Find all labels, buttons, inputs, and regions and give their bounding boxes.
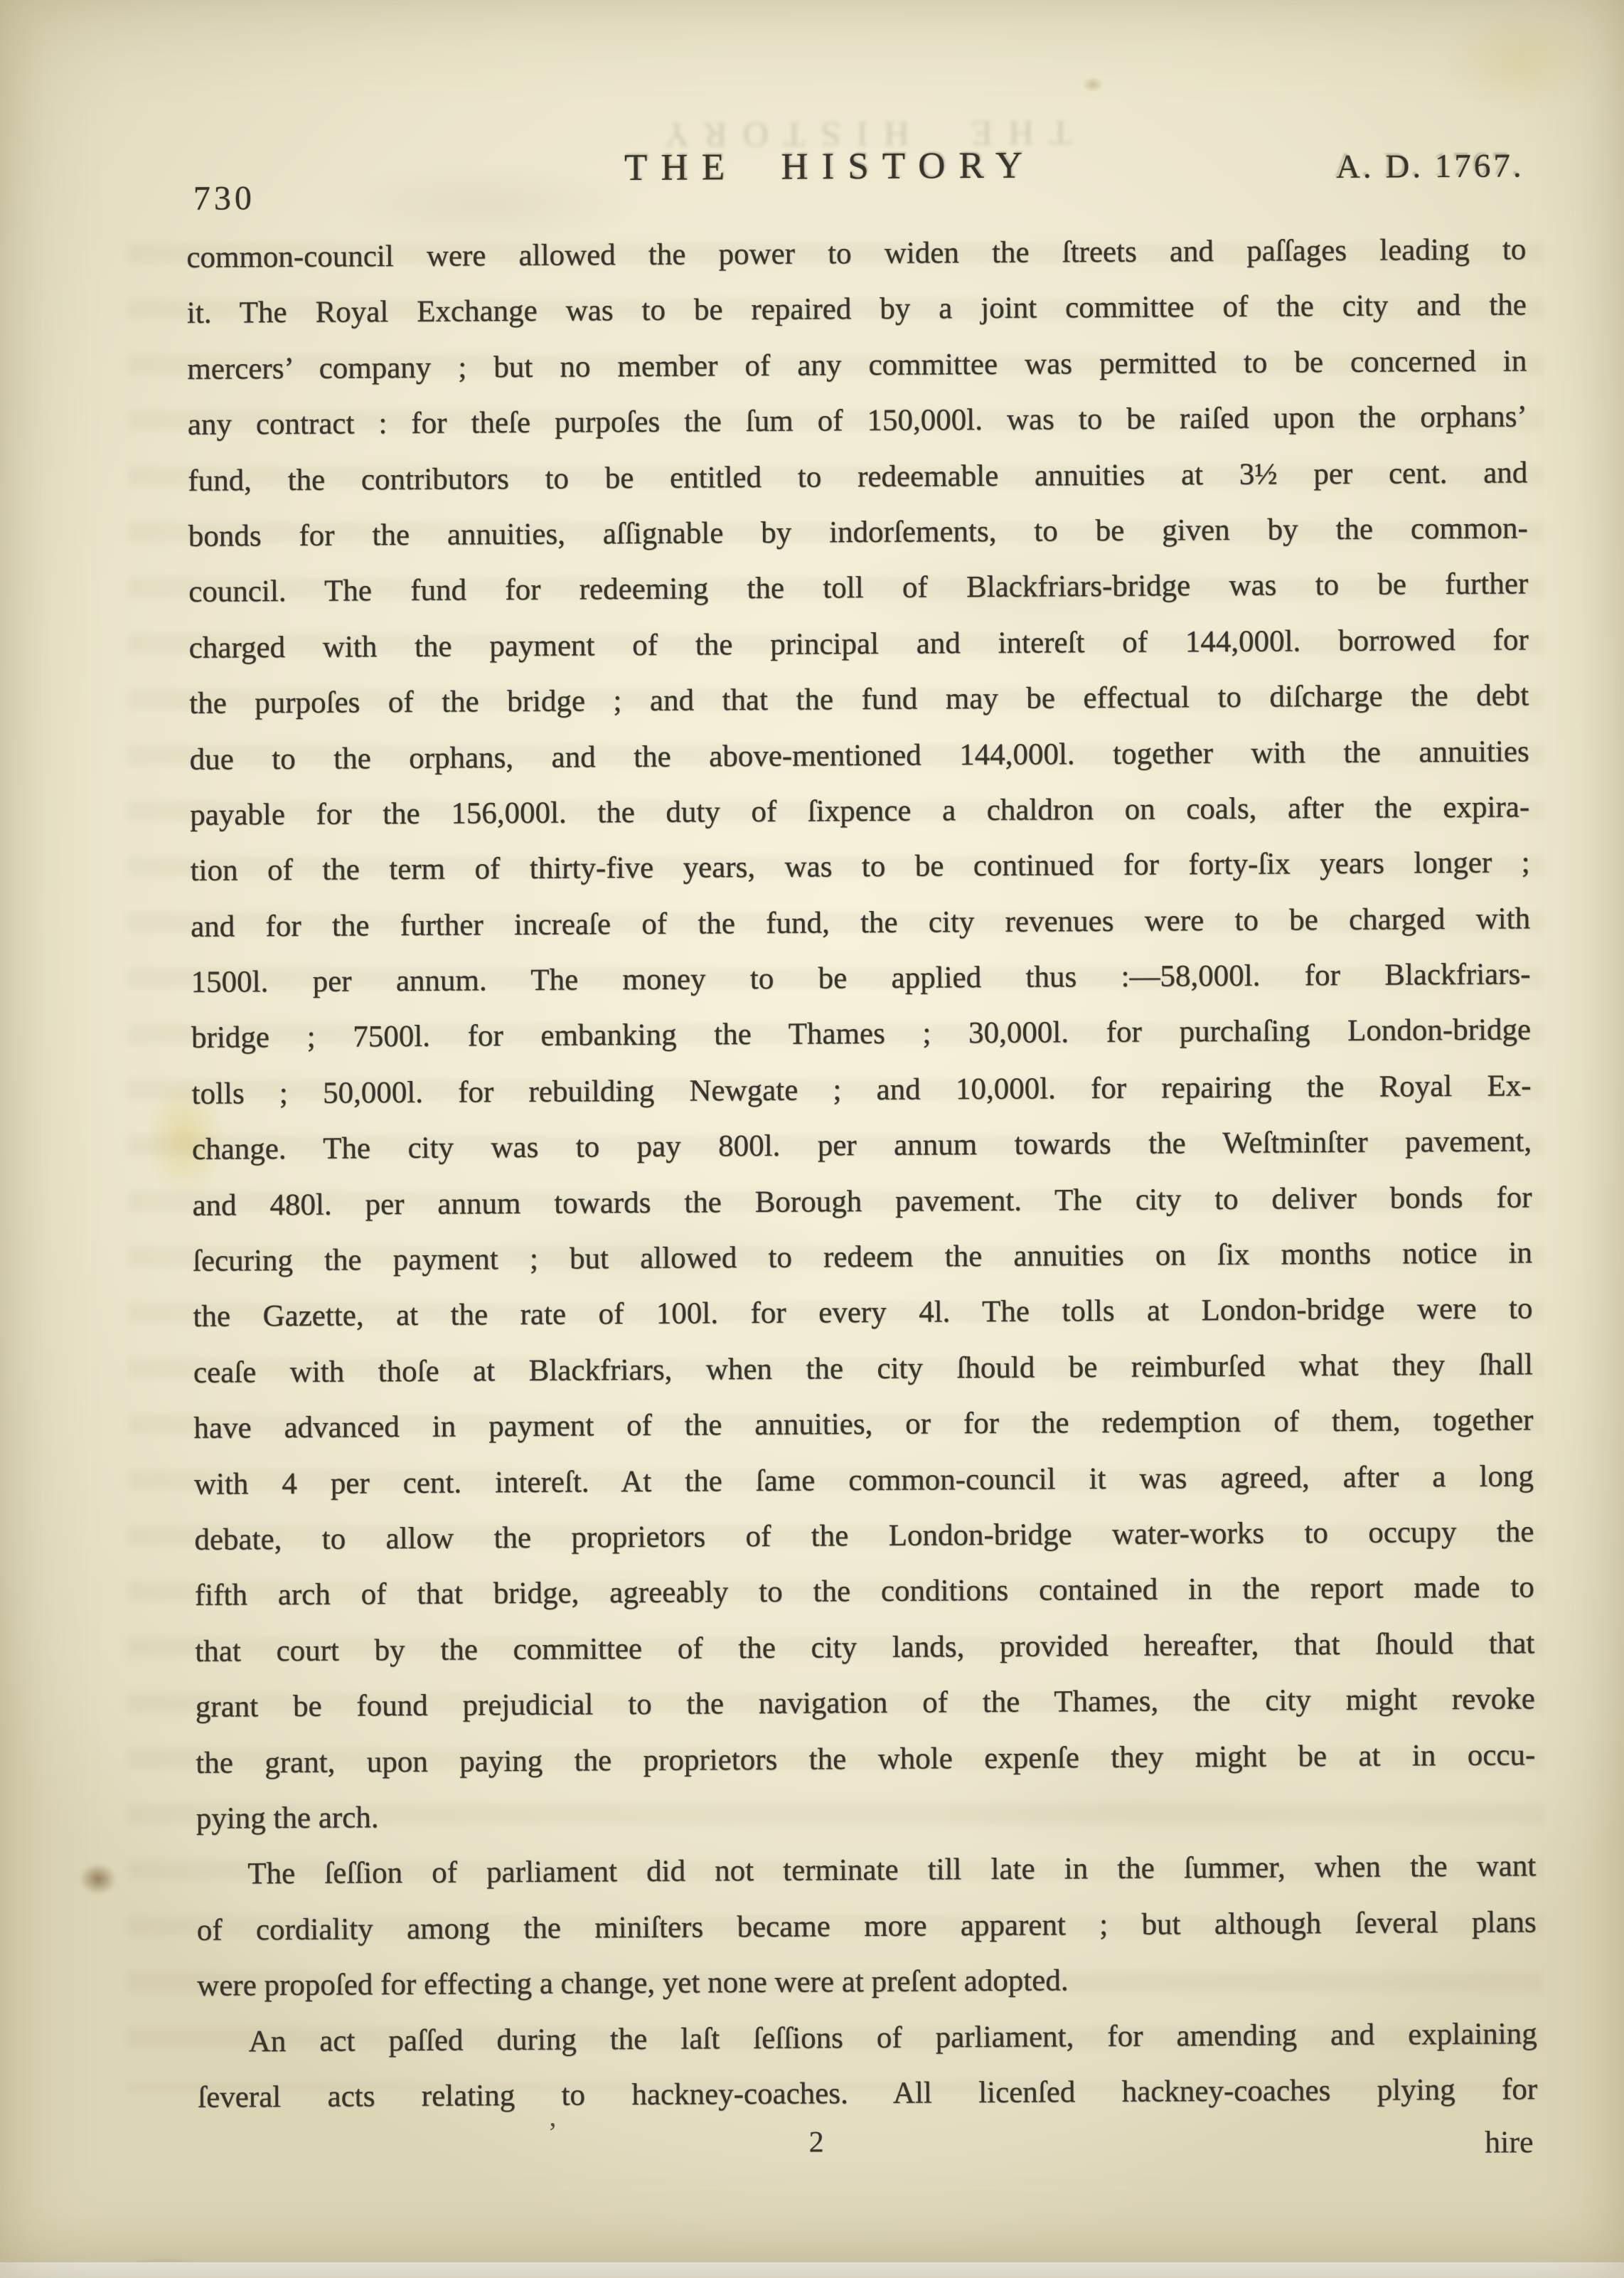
text-line: mercers’ company ; but no member of any … (187, 334, 1527, 398)
body-text: common-council were allowed the power to… (186, 222, 1537, 2126)
text-line: have advanced in payment of the annuitie… (193, 1393, 1533, 1457)
ink-blotch (80, 1863, 117, 1895)
text-line: and for the further increaſe of the fund… (191, 891, 1530, 955)
text-line: ceaſe with thoſe at Blackfriars, when th… (193, 1337, 1533, 1401)
text-line: fifth arch of that bridge, agreeably to … (195, 1560, 1534, 1624)
page-footer: ’ 2 hire (198, 2121, 1538, 2193)
scan-edge (0, 2262, 1624, 2278)
text-line: tion of the term of thirty-five years, w… (190, 836, 1529, 900)
text-line: bonds for the annuities, aſſignable by i… (188, 501, 1528, 565)
stray-mark: ’ (547, 2116, 557, 2149)
text-line: bridge ; 7500l. for embanking the Thames… (191, 1003, 1531, 1067)
text-line: charged with the payment of the principa… (188, 612, 1528, 676)
scanned-book-page: THE HISTORY 730 THE HISTORY A. D. 1767. … (0, 0, 1624, 2278)
text-line: that court by the committee of the city … (195, 1616, 1534, 1680)
text-line: debate, to allow the proprietors of the … (194, 1504, 1534, 1568)
text-line: change. The city was to pay 800l. per an… (192, 1114, 1532, 1178)
signature-mark: 2 (809, 2125, 824, 2159)
text-line: due to the orphans, and the above-mentio… (189, 724, 1529, 788)
text-line: tolls ; 50,000l. for rebuilding Newgate … (191, 1058, 1531, 1122)
text-line: payable for the 156,000l. the duty of ſi… (190, 779, 1529, 843)
catchword: hire (1485, 2124, 1534, 2160)
text-line: the Gazette, at the rate of 100l. for ev… (193, 1282, 1532, 1346)
text-line: with 4 per cent. intereſt. At the ſame c… (194, 1449, 1534, 1513)
text-line: and 480l. per annum towards the Borough … (192, 1170, 1532, 1234)
text-line: the grant, upon paying the proprietors t… (196, 1728, 1535, 1792)
running-title: THE HISTORY (624, 144, 1036, 189)
text-line: pying the arch. (196, 1783, 1536, 1847)
text-line: The ſeſſion of parliament did not termin… (196, 1839, 1536, 1903)
running-date: A. D. 1767. (1336, 147, 1524, 186)
text-line: of cordiality among the miniſters became… (196, 1895, 1536, 1959)
text-line: were propoſed for effecting a change, ye… (197, 1950, 1537, 2014)
text-line: any contract : for theſe purpoſes the ſu… (188, 389, 1527, 453)
text-line: the purpoſes of the bridge ; and that th… (189, 668, 1529, 732)
text-line: council. The fund for redeeming the toll… (188, 557, 1528, 621)
page-number: 730 (193, 179, 255, 218)
text-line: grant be found prejudicial to the naviga… (196, 1671, 1535, 1735)
text-line: ſeveral acts relating to hackney-coaches… (198, 2062, 1537, 2126)
text-line: An act paſſed during the laſt ſeſſions o… (197, 2006, 1537, 2070)
page-content: THE HISTORY 730 THE HISTORY A. D. 1767. … (185, 0, 1539, 2278)
text-line: 1500l. per annum. The money to be applie… (191, 947, 1530, 1011)
text-line: ſecuring the payment ; but allowed to re… (193, 1225, 1532, 1289)
text-line: common-council were allowed the power to… (186, 222, 1526, 286)
text-line: it. The Royal Exchange was to be repaire… (187, 278, 1527, 342)
text-line: fund, the contributors to be entitled to… (188, 445, 1527, 509)
